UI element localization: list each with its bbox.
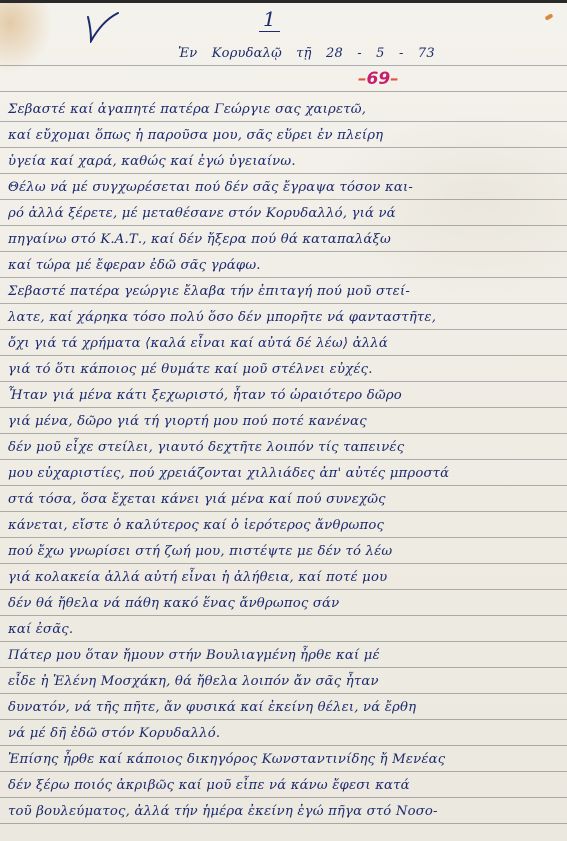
page-number: 1 (259, 7, 280, 32)
letter-line: πού ἔχω γνωρίσει στή ζωή μου, πιστέψτε μ… (8, 539, 392, 565)
letter-line: Πάτερ μου ὅταν ἤμουν στήν Βουλιαγμένη ἦρ… (8, 643, 380, 669)
letter-line: γιά μένα, δῶρο γιά τή γιορτή μου πού ποτ… (8, 409, 367, 435)
letter-line: καί τώρα μέ ἔφεραν ἐδῶ σᾶς γράφω. (8, 253, 261, 279)
letter-line: δέν μοῦ εἶχε στείλει, γιαυτό δεχτῆτε λοι… (8, 435, 404, 461)
letter-date: 28 - 5 - 73 (326, 46, 435, 61)
letter-line: Σεβαστέ πατέρα γεώργιε ἔλαβα τήν ἐπιταγή… (8, 279, 410, 305)
letter-line: τοῦ βουλεύματος, ἀλλά τήν ἡμέρα ἐκείνη ἐ… (8, 799, 438, 825)
letter-line: Θέλω νά μέ συγχωρέσεται πού δέν σᾶς ἔγρα… (8, 175, 413, 201)
letter-line: ὄχι γιά τά χρήματα ⟨καλά εἶναι καί αὐτά … (8, 331, 388, 357)
letter-line: Ἦταν γιά μένα κάτι ξεχωριστό, ἦταν τό ὡρ… (8, 383, 402, 409)
letter-line: δυνατόν, νά τῆς πῆτε, ἄν φυσικά καί ἐκεί… (8, 695, 416, 721)
letter-line: καί ἐσᾶς. (8, 617, 73, 643)
letter-line: δέν θά ἤθελα νά πάθη κακό ἕνας ἄνθρωπος … (8, 591, 339, 617)
letter-line: πηγαίνω στό Κ.Α.Τ., καί δέν ἤξερα πού θά… (8, 227, 391, 253)
letter-line: γιά τό ὅτι κάποιος μέ θυμάτε καί μοῦ στέ… (8, 357, 373, 383)
letter-line: μου εὐχαριστίες, πού χρειάζονται χιλλιάδ… (8, 461, 449, 487)
letter-line: ὑγεία καί χαρά, καθώς καί ἐγώ ὑγειαίνω. (8, 149, 296, 175)
letter-line: γιά κολακεία ἀλλά αὐτή εἶναι ἡ ἀλήθεια, … (8, 565, 387, 591)
letter-line: Σεβαστέ καί ἀγαπητέ πατέρα Γεώργιε σας χ… (8, 97, 366, 123)
ruled-line (0, 65, 567, 66)
letter-line: στά τόσα, ὅσα ἔχεται κάνει γιά μένα καί … (8, 487, 386, 513)
place-prefix: Ἐν (178, 46, 197, 61)
letter-line: καί εὔχομαι ὅπως ἡ παροῦσα μου, σᾶς εὕρε… (8, 123, 383, 149)
archive-number: –69– (358, 69, 399, 89)
letter-line: λατε, καί χάρηκα τόσο πολύ ὅσο δέν μπορῆ… (8, 305, 436, 331)
ruled-line (0, 91, 567, 92)
paper-stain (545, 13, 554, 20)
letter-page: 1 Ἐν Κορυδαλῷ τῇ 28 - 5 - 73 –69– Σεβαστ… (0, 0, 567, 841)
letter-line: νά μέ δῆ ἐδῶ στόν Κορυδαλλό. (8, 721, 220, 747)
check-mark-icon (86, 11, 120, 43)
date-article: τῇ (296, 46, 311, 61)
ruled-line (0, 641, 567, 642)
letter-line: εἶδε ἡ Ἑλένη Μοσχάκη, θά ἤθελα λοιπόν ἄν… (8, 669, 379, 695)
dateline: Ἐν Κορυδαλῷ τῇ 28 - 5 - 73 (178, 46, 435, 61)
letter-line: ρό ἀλλά ξέρετε, μέ μεταθέσανε στόν Κορυδ… (8, 201, 396, 227)
letter-line: Ἐπίσης ἦρθε καί κάποιος δικηγόρος Κωνστα… (8, 747, 445, 773)
letter-line: κάνεται, εἴστε ὁ καλύτερος καί ὁ ἱερότερ… (8, 513, 384, 539)
archive-number-value: 69 (367, 69, 391, 89)
place-name: Κορυδαλῷ (212, 46, 282, 61)
letter-line: δέν ξέρω ποιός ἀκριβῶς καί μοῦ εἶπε νά κ… (8, 773, 410, 799)
